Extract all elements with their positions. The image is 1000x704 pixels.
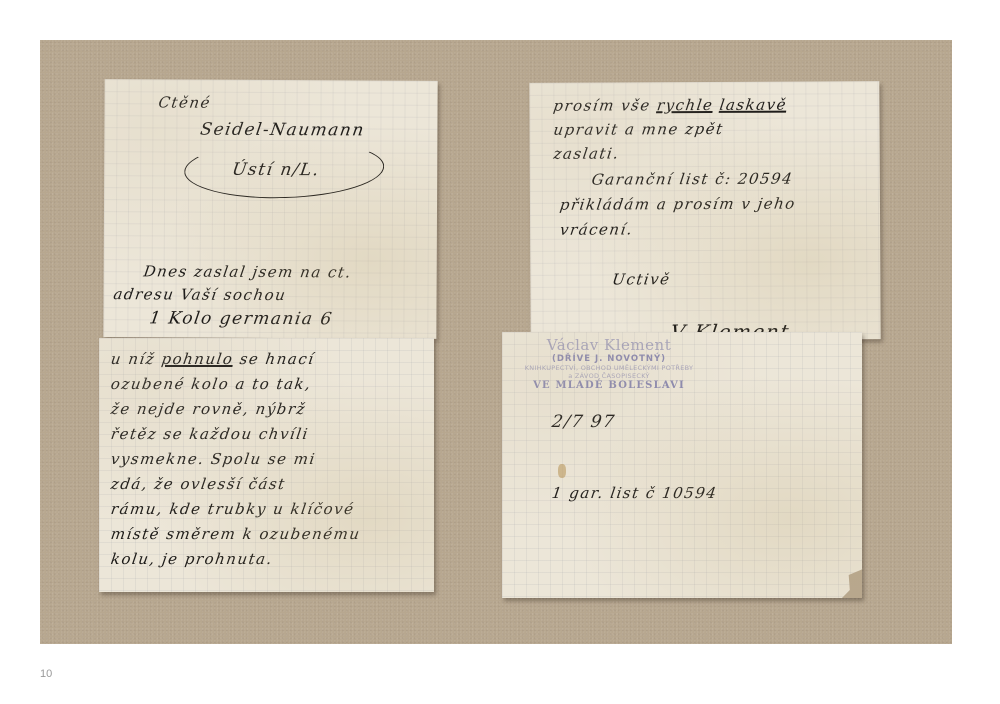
letter-line-text: prosím vše [552, 96, 658, 115]
underlined-word: pohnulo [160, 350, 234, 368]
address-oval-flourish [183, 137, 385, 201]
letter-line-text: se hnací [232, 350, 316, 368]
company-stamp: Václav Klement (DŘÍVE J. NOVOTNÝ) KNIHKU… [502, 336, 724, 391]
letter-line: kolu, je prohnuta. [110, 550, 274, 568]
letter-line: místě směrem k ozubenému [110, 525, 362, 543]
letter-line: řetěz se každou chvíli [110, 425, 310, 443]
letter-line: 1 Kolo germania 6 [148, 308, 334, 329]
date: 2/7 97 [551, 412, 617, 432]
salutation: Ctěné [157, 93, 212, 111]
letter-left-top: Ctěné Seidel-Naumann Ústí n/L. Dnes zasl… [103, 79, 437, 339]
letter-line: vrácení. [559, 220, 635, 238]
letter-line: zdá, že ovlesší část [110, 475, 287, 493]
letter-line: ozubené kolo a to tak, [110, 375, 313, 393]
stamp-line: Václav Klement [502, 336, 724, 354]
letter-line: přikládám a prosím v jeho [559, 195, 797, 214]
torn-corner [841, 569, 862, 598]
letter-line: adresu Vaší sochou [112, 285, 287, 304]
letter-left-bottom: u níž pohnulo se hnací ozubené kolo a to… [99, 338, 434, 592]
letter-line: u níž pohnulo se hnací [110, 350, 316, 368]
letter-line: prosím vše rychle laskavě [552, 96, 788, 115]
letter-line: že nejde rovně, nýbrž [110, 400, 308, 418]
letter-line: Garanční list č: 20594 [591, 170, 795, 189]
letter-right-top: prosím vše rychle laskavě upravit a mne … [529, 81, 880, 341]
letter-line: zaslati. [552, 144, 620, 162]
closing: Uctivě [611, 270, 672, 288]
underlined-word: rychle [656, 96, 715, 114]
letter-line: vysmekne. Spolu se mi [110, 450, 317, 468]
letter-line: upravit a mne zpět [552, 120, 725, 139]
letter-line: rámu, kde trubky u klíčové [110, 500, 356, 518]
page-number: 10 [40, 668, 52, 680]
underlined-word: laskavě [719, 96, 789, 114]
letter-right-bottom: Václav Klement (DŘÍVE J. NOVOTNÝ) KNIHKU… [502, 332, 862, 598]
stamp-line: VE MLADÉ BOLESLAVI [502, 380, 724, 391]
paper-stain [558, 464, 566, 478]
cardboard-background: Ctěné Seidel-Naumann Ústí n/L. Dnes zasl… [40, 40, 952, 644]
stamp-line: (DŘÍVE J. NOVOTNÝ) [502, 354, 724, 364]
letter-line: Dnes zaslal jsem na ct. [142, 262, 353, 281]
stamp-line: KNIHKUPECTVÍ, OBCHOD UMĚLECKÝMI POTŘEBY [502, 364, 724, 372]
note: 1 gar. list č 10594 [551, 484, 719, 502]
letter-line-text: u níž [110, 350, 163, 368]
addressee: Seidel-Naumann [199, 120, 366, 141]
stamp-line: a ZÁVOD ČASOPISECKÝ [502, 372, 724, 380]
